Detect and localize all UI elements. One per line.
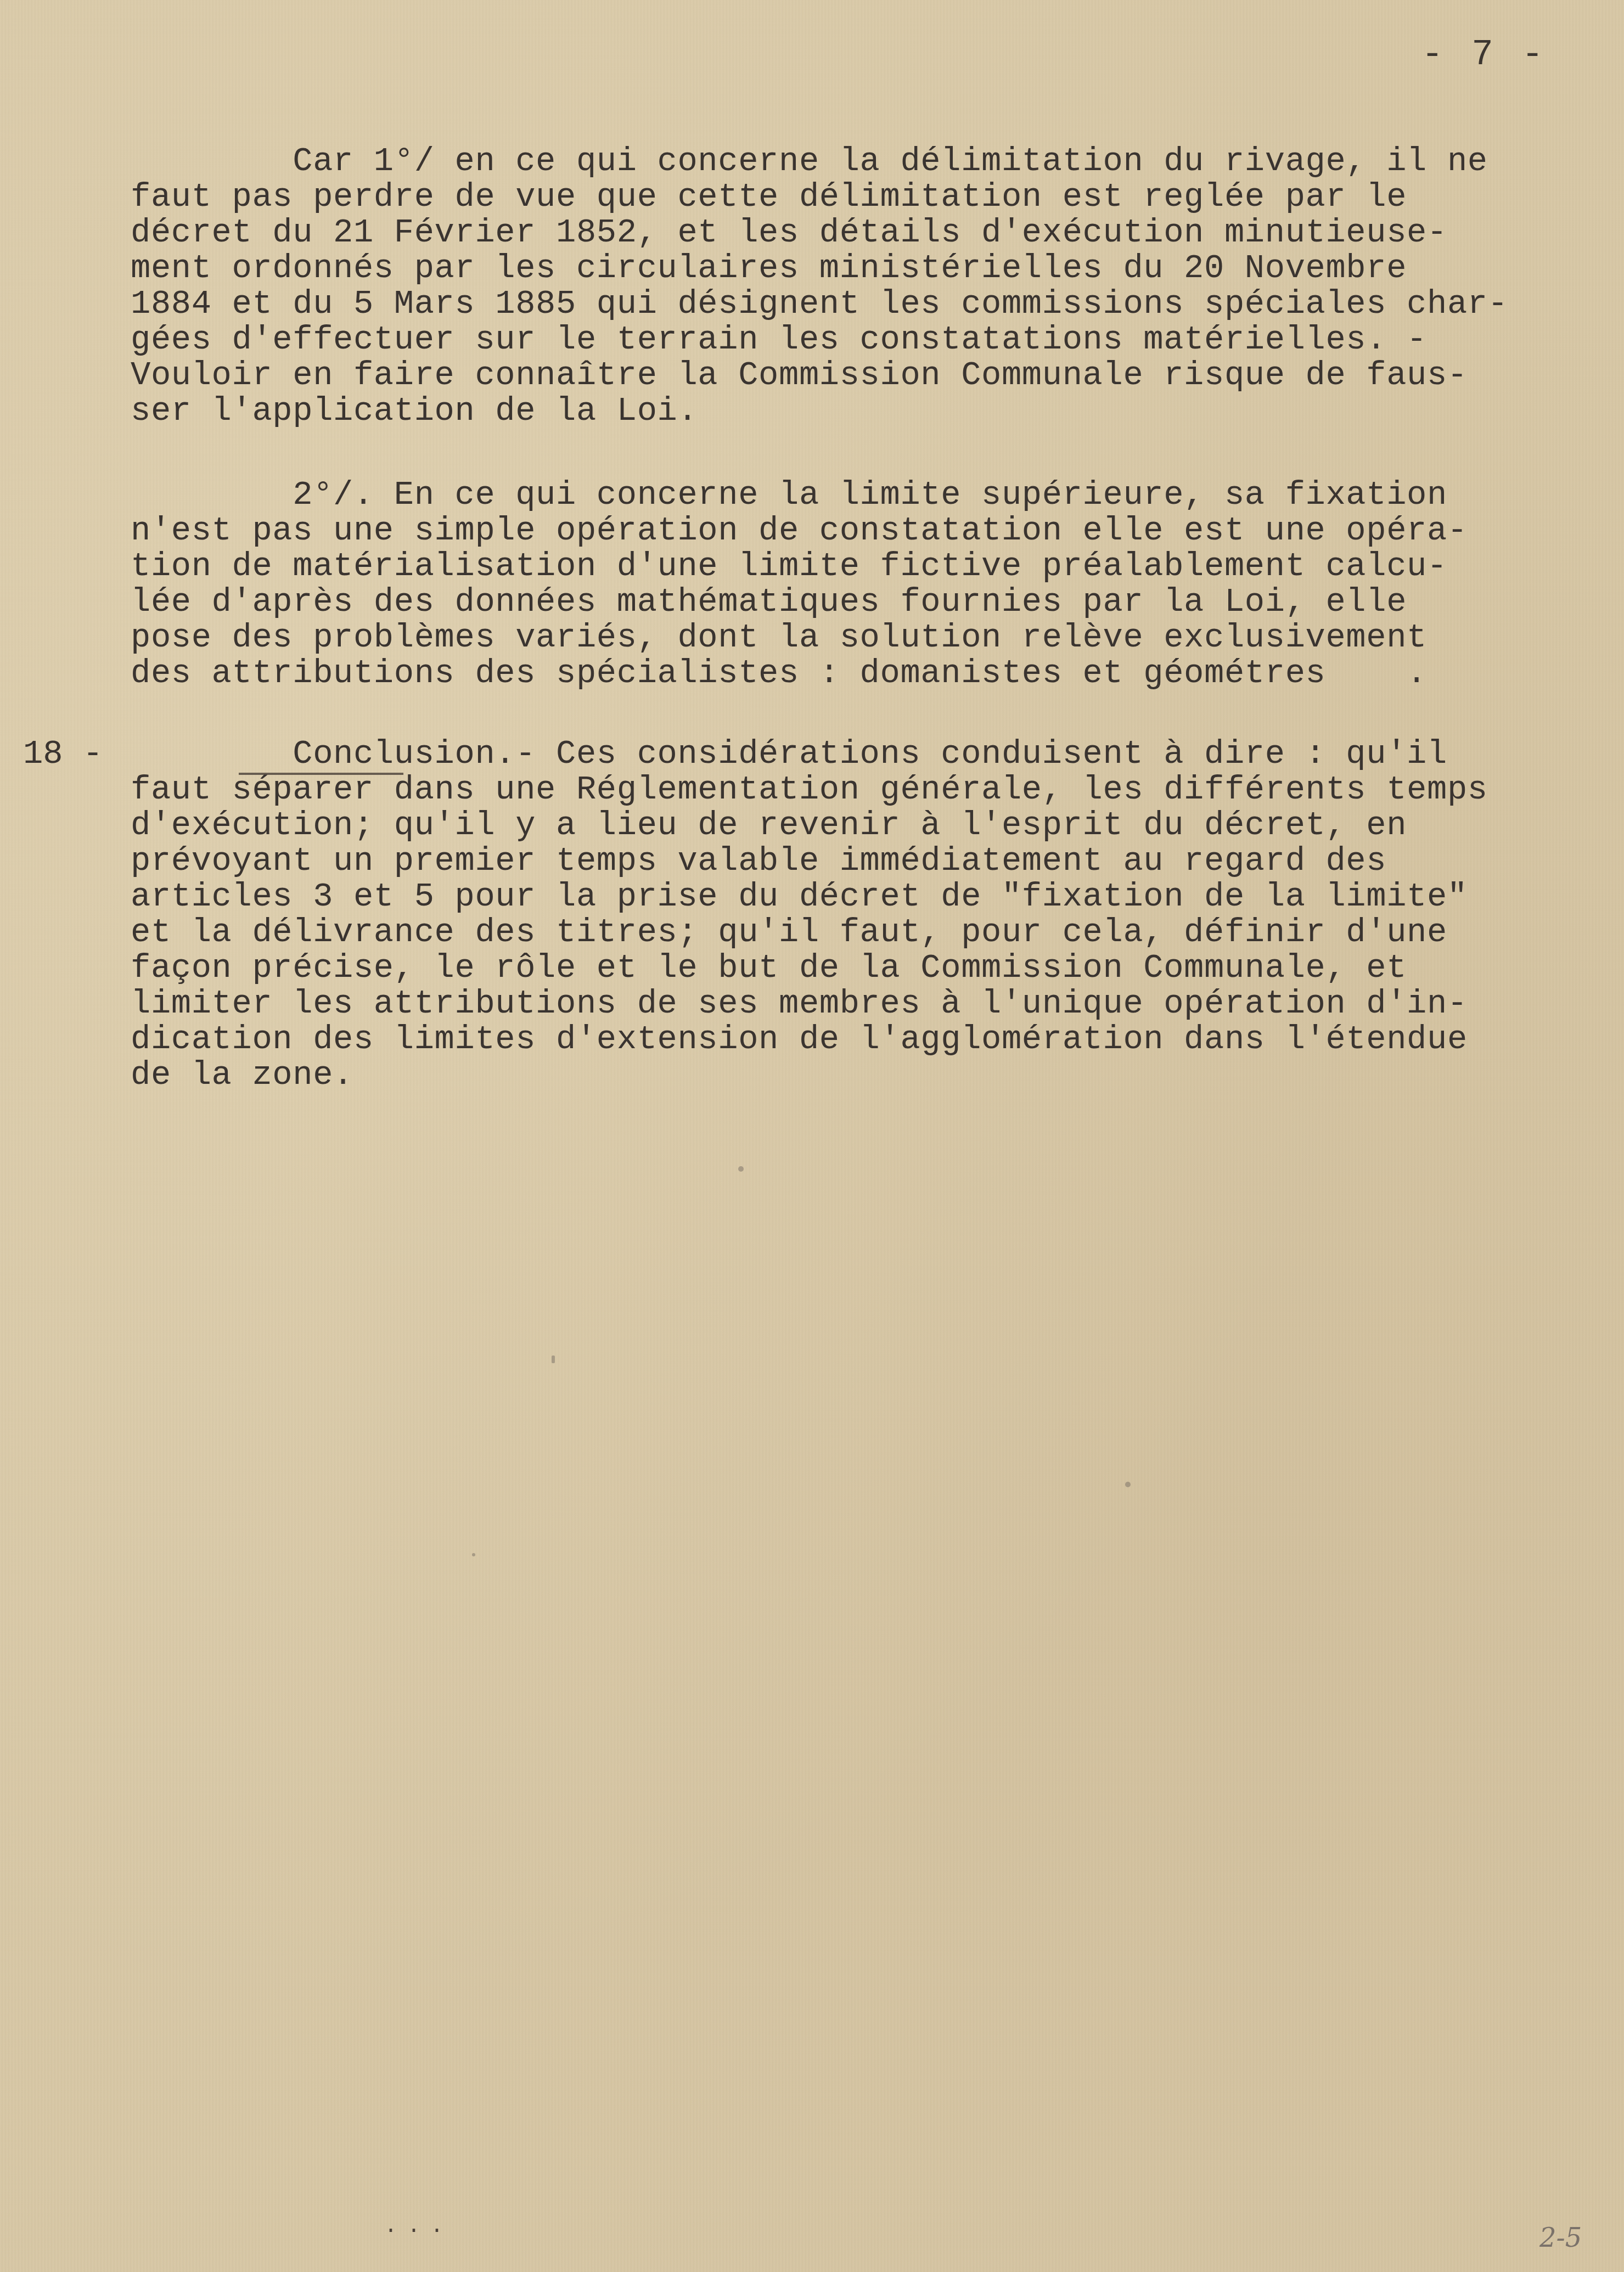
text-line: 2°/. En ce qui concerne la limite supéri… — [131, 477, 1447, 514]
text-line: 1884 et du 5 Mars 1885 qui désignent les… — [131, 286, 1508, 323]
text-line: faut séparer dans une Réglementation gén… — [131, 772, 1488, 808]
text-line: de la zone. — [131, 1058, 353, 1094]
heading-underline — [239, 773, 403, 775]
text-line: faut pas perdre de vue que cette délimit… — [131, 179, 1407, 216]
text-line: prévoyant un premier temps valable imméd… — [131, 843, 1386, 880]
text-line: gées d'effectuer sur le terrain les cons… — [131, 322, 1427, 358]
text-line: lée d'après des données mathématiques fo… — [131, 584, 1407, 621]
paper-speck — [472, 1553, 475, 1556]
text-line: des attributions des spécialistes : doma… — [131, 656, 1427, 692]
text-line: articles 3 et 5 pour la prise du décret … — [131, 879, 1468, 915]
text-line: d'exécution; qu'il y a lieu de revenir à… — [131, 808, 1407, 844]
text-line: Conclusion.- Ces considérations conduise… — [131, 736, 1447, 773]
text-line: tion de matérialisation d'une limite fic… — [131, 549, 1447, 585]
paper-speck — [738, 1166, 744, 1172]
text-line: n'est pas une simple opération de consta… — [131, 513, 1468, 549]
page-number: - 7 - — [1421, 34, 1547, 75]
text-line: ment ordonnés par les circulaires minist… — [131, 251, 1407, 287]
text-line: Vouloir en faire connaître la Commission… — [131, 358, 1468, 394]
text-line: et la délivrance des titres; qu'il faut,… — [131, 915, 1447, 951]
handwritten-folio-note: 2-5 — [1539, 2223, 1582, 2253]
text-line: pose des problèmes variés, dont la solut… — [131, 620, 1427, 656]
text-line: limiter les attributions de ses membres … — [131, 986, 1468, 1022]
footer-dots: ... — [384, 2214, 453, 2239]
document-page: - 7 - Car 1°/ en ce qui concerne la déli… — [0, 0, 1624, 2272]
text-line: façon précise, le rôle et le but de la C… — [131, 951, 1407, 987]
paper-speck — [1125, 1482, 1131, 1487]
text-line: dication des limites d'extension de l'ag… — [131, 1022, 1468, 1058]
text-line: décret du 21 Février 1852, et les détail… — [131, 215, 1447, 251]
paper-speck — [552, 1356, 555, 1363]
section-number: 18 - — [23, 736, 103, 773]
text-line: ser l'application de la Loi. — [131, 393, 698, 430]
text-line: Car 1°/ en ce qui concerne la délimitati… — [131, 144, 1488, 180]
